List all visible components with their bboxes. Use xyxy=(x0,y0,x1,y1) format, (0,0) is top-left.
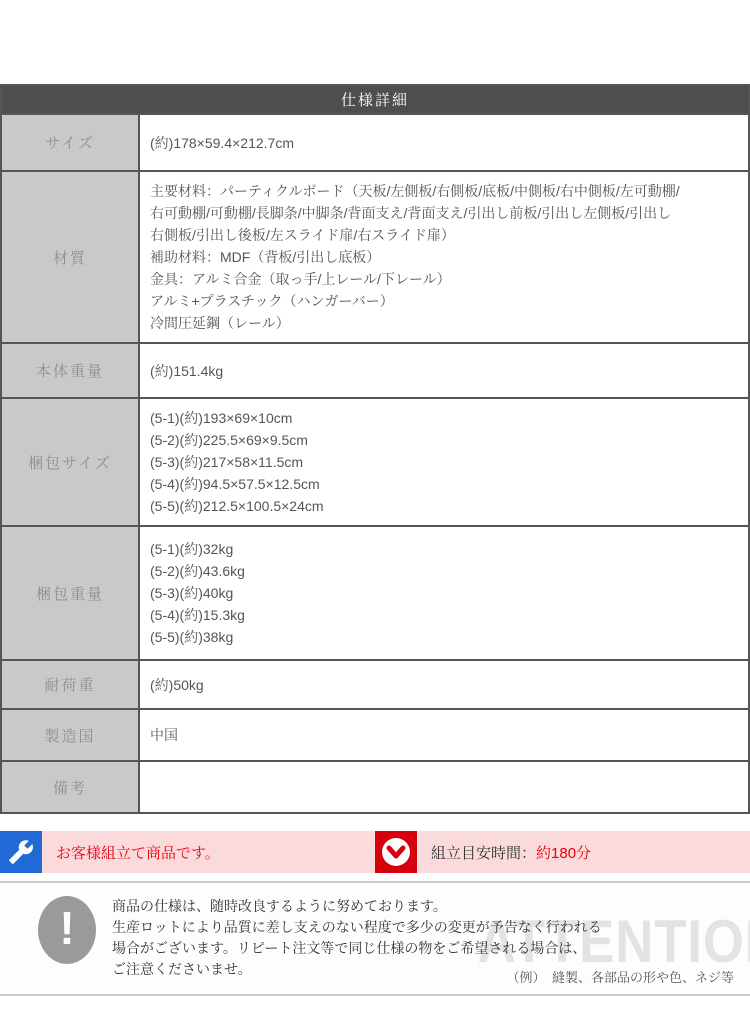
spec-value-line: 中国 xyxy=(150,724,736,746)
spec-value-line: (約)178×59.4×212.7cm xyxy=(150,132,736,154)
spec-label: 材質 xyxy=(2,172,140,342)
spec-row-body-weight: 本体重量 (約)151.4kg xyxy=(2,342,748,397)
spec-value-line: 主要材料：パーティクルボード（天板/左側板/右側板/底板/中側板/右中側板/左可… xyxy=(150,180,736,202)
spec-value-line: (5-4)(約)15.3kg xyxy=(150,604,736,626)
spec-value-line: (5-5)(約)212.5×100.5×24cm xyxy=(150,495,736,517)
exclamation-icon: ! xyxy=(38,896,96,964)
attention-example: （例） 縫製、各部品の形や色、ネジ等 xyxy=(506,967,734,986)
spec-row-load-capacity: 耐荷重 (約)50kg xyxy=(2,659,748,708)
spec-value-line: 右可動棚/可動棚/長脚条/中脚条/背面支え/背面支え/引出し前板/引出し左側板/… xyxy=(150,202,736,224)
assembly-notice: お客様組立て商品です。 xyxy=(0,831,375,873)
spec-value-line: 冷間圧延鋼（レール） xyxy=(150,312,736,334)
spec-label: 備考 xyxy=(2,762,140,812)
spec-row-package-weight: 梱包重量 (5-1)(約)32kg (5-2)(約)43.6kg (5-3)(約… xyxy=(2,525,748,659)
spec-value-line: (約)50kg xyxy=(150,674,736,696)
spec-value: (約)151.4kg xyxy=(140,344,748,397)
spec-row-package-size: 梱包サイズ (5-1)(約)193×69×10cm (5-2)(約)225.5×… xyxy=(2,397,748,525)
spec-value-line: アルミ+プラスチック（ハンガーバー） xyxy=(150,290,736,312)
spec-label: 製造国 xyxy=(2,710,140,760)
spec-value: (約)178×59.4×212.7cm xyxy=(140,115,748,170)
spec-value-line: (約)151.4kg xyxy=(150,360,736,382)
spec-label: 耐荷重 xyxy=(2,661,140,708)
spec-value-line: (5-4)(約)94.5×57.5×12.5cm xyxy=(150,473,736,495)
spec-label: 本体重量 xyxy=(2,344,140,397)
spec-row-country: 製造国 中国 xyxy=(2,708,748,760)
product-spec-page: 仕様詳細 サイズ (約)178×59.4×212.7cm 材質 主要材料：パーテ… xyxy=(0,0,750,1009)
spec-row-material: 材質 主要材料：パーティクルボード（天板/左側板/右側板/底板/中側板/右中側板… xyxy=(2,170,748,342)
spec-value: (5-1)(約)193×69×10cm (5-2)(約)225.5×69×9.5… xyxy=(140,399,748,525)
spec-value-line: (5-2)(約)43.6kg xyxy=(150,560,736,582)
spec-value-line: (5-1)(約)32kg xyxy=(150,538,736,560)
spec-value-line: (5-5)(約)38kg xyxy=(150,626,736,648)
spec-value-line: 金具：アルミ合金（取っ手/上レール/下レール） xyxy=(150,268,736,290)
assembly-time-label: 組立目安時間： xyxy=(431,842,536,863)
spec-value-line: 補助材料：MDF（背板/引出し底板） xyxy=(150,246,736,268)
spec-row-size: サイズ (約)178×59.4×212.7cm xyxy=(2,113,748,170)
spec-label: 梱包サイズ xyxy=(2,399,140,525)
spec-value: 中国 xyxy=(140,710,748,760)
attention-line: 場合がございます。リピート注文等で同じ仕様の物をご希望される場合は、 xyxy=(112,938,602,959)
spec-value-line: (5-1)(約)193×69×10cm xyxy=(150,407,736,429)
spec-label: サイズ xyxy=(2,115,140,170)
spec-value: (5-1)(約)32kg (5-2)(約)43.6kg (5-3)(約)40kg… xyxy=(140,527,748,659)
spec-value-line: 右側板/引出し後板/左スライド扉/右スライド扉） xyxy=(150,224,736,246)
wrench-icon xyxy=(0,831,42,873)
assembly-time-value: 約180分 xyxy=(536,842,591,863)
spec-value-line: (5-3)(約)217×58×11.5cm xyxy=(150,451,736,473)
clock-icon xyxy=(375,831,417,873)
spec-value xyxy=(140,762,748,812)
spec-table-title: 仕様詳細 xyxy=(2,86,748,113)
assembly-time-text: 組立目安時間：約180分 xyxy=(417,831,591,873)
assembly-time-notice: 組立目安時間：約180分 xyxy=(375,831,750,873)
attention-box: ATTENTION ! 商品の仕様は、随時改良するように努めております。 生産ロ… xyxy=(0,881,750,996)
spec-value-line: (5-3)(約)40kg xyxy=(150,582,736,604)
spec-value-line: (5-2)(約)225.5×69×9.5cm xyxy=(150,429,736,451)
spec-row-remarks: 備考 xyxy=(2,760,748,812)
assembly-notice-text: お客様組立て商品です。 xyxy=(42,831,220,873)
spec-value: (約)50kg xyxy=(140,661,748,708)
attention-line: 商品の仕様は、随時改良するように努めております。 xyxy=(112,896,602,917)
notice-bars: お客様組立て商品です。 組立目安時間：約180分 xyxy=(0,831,750,873)
spec-table: 仕様詳細 サイズ (約)178×59.4×212.7cm 材質 主要材料：パーテ… xyxy=(0,84,750,814)
attention-line: 生産ロットにより品質に差し支えのない程度で多少の変更が予告なく行われる xyxy=(112,917,602,938)
spec-value: 主要材料：パーティクルボード（天板/左側板/右側板/底板/中側板/右中側板/左可… xyxy=(140,172,748,342)
spec-label: 梱包重量 xyxy=(2,527,140,659)
